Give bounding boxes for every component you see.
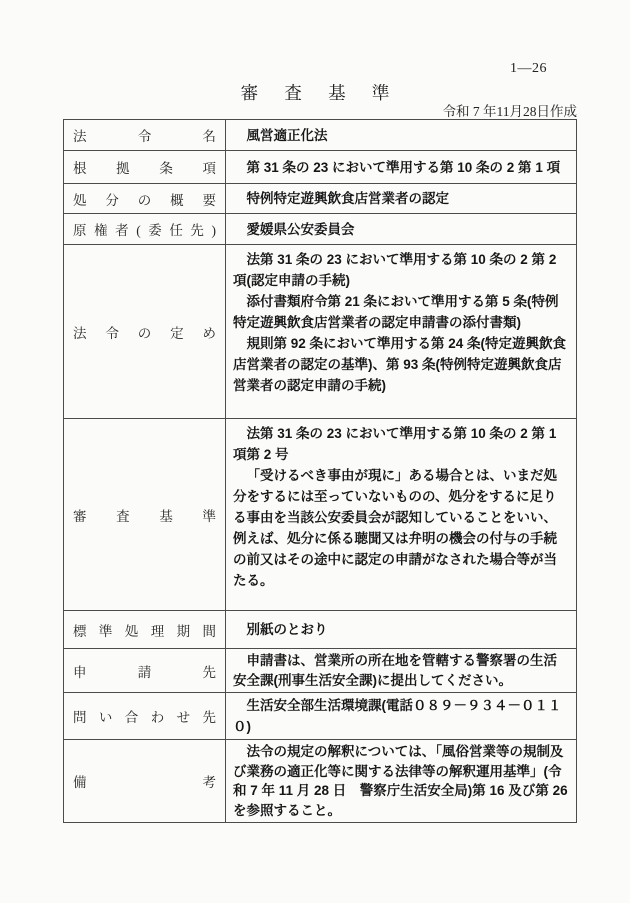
table-row: 根拠条項 第 31 条の 23 において準用する第 10 条の 2 第 1 項: [64, 151, 577, 184]
row-value-law-name: 風営適正化法: [226, 120, 577, 151]
row-label-law-name: 法令名: [64, 120, 226, 151]
original-authority-text: 愛媛県公安委員会: [233, 219, 569, 240]
document-page: 1—26 審査基準 令和 7 年11月28日作成 法令名 風営適正化法 根拠条項…: [0, 0, 630, 903]
row-label-contact: 問い合わせ先: [64, 693, 226, 740]
table-row: 標準処理期間 別紙のとおり: [64, 611, 577, 649]
table-row: 申請先 申請書は、営業所の所在地を管轄する警察署の生活安全課(刑事生活安全課)に…: [64, 649, 577, 693]
row-label-review-standards: 審査基準: [64, 419, 226, 611]
row-value-original-authority: 愛媛県公安委員会: [226, 214, 577, 245]
table-row: 問い合わせ先 生活安全部生活環境課(電話０８９－９３４－０１１０): [64, 693, 577, 740]
table-row: 法令の定め 法第 31 条の 23 において準用する第 10 条の 2 第 2 …: [64, 245, 577, 419]
basis-provision-text: 第 31 条の 23 において準用する第 10 条の 2 第 1 項: [233, 157, 569, 178]
legal-provisions-paragraph: 法第 31 条の 23 において準用する第 10 条の 2 第 2 項(認定申請…: [233, 249, 569, 291]
review-standards-table: 法令名 風営適正化法 根拠条項 第 31 条の 23 において準用する第 10 …: [63, 119, 577, 823]
application-destination-paragraph: 申請書は、営業所の所在地を管轄する警察署の生活安全課(刑事生活安全課)に提出して…: [233, 651, 569, 690]
row-value-disposition-summary: 特例特定遊興飲食店営業者の認定: [226, 184, 577, 214]
disposition-summary-text: 特例特定遊興飲食店営業者の認定: [233, 188, 569, 209]
row-label-standard-processing-period: 標準処理期間: [64, 611, 226, 649]
table-row: 処分の概要 特例特定遊興飲食店営業者の認定: [64, 184, 577, 214]
date-created-note: 令和 7 年11月28日作成: [443, 100, 578, 120]
table-row: 備考 法令の規定の解釈については、「風俗営業等の規制及び業務の適正化等に関する法…: [64, 740, 577, 823]
review-standards-paragraph: 「受けるべき事由が現に」ある場合とは、いまだ処分をするには至っていないものの、処…: [233, 465, 569, 591]
row-label-basis-provision: 根拠条項: [64, 151, 226, 184]
remarks-paragraph: 法令の規定の解釈については、「風俗営業等の規制及び業務の適正化等に関する法律等の…: [233, 742, 569, 820]
contact-text: 生活安全部生活環境課(電話０８９－９３４－０１１０): [233, 695, 569, 737]
row-label-remarks: 備考: [64, 740, 226, 823]
review-standards-paragraph: 法第 31 条の 23 において準用する第 10 条の 2 第 1 項第 2 号: [233, 423, 569, 465]
row-value-basis-provision: 第 31 条の 23 において準用する第 10 条の 2 第 1 項: [226, 151, 577, 184]
standard-processing-period-text: 別紙のとおり: [233, 619, 569, 640]
row-value-contact: 生活安全部生活環境課(電話０８９－９３４－０１１０): [226, 693, 577, 740]
row-label-application-destination: 申請先: [64, 649, 226, 693]
row-label-disposition-summary: 処分の概要: [64, 184, 226, 214]
row-value-application-destination: 申請書は、営業所の所在地を管轄する警察署の生活安全課(刑事生活安全課)に提出して…: [226, 649, 577, 693]
table-row: 法令名 風営適正化法: [64, 120, 577, 151]
row-label-legal-provisions: 法令の定め: [64, 245, 226, 419]
legal-provisions-paragraph: 添付書類府令第 21 条において準用する第 5 条(特例特定遊興飲食店営業者の認…: [233, 291, 569, 333]
row-label-original-authority: 原権者(委任先): [64, 214, 226, 245]
legal-provisions-paragraph: 規則第 92 条において準用する第 24 条(特定遊興飲食店営業者の認定の基準)…: [233, 333, 569, 396]
table-row: 原権者(委任先) 愛媛県公安委員会: [64, 214, 577, 245]
page-number: 1—26: [510, 61, 547, 77]
table-row: 審査基準 法第 31 条の 23 において準用する第 10 条の 2 第 1 項…: [64, 419, 577, 611]
row-value-remarks: 法令の規定の解釈については、「風俗営業等の規制及び業務の適正化等に関する法律等の…: [226, 740, 577, 823]
row-value-review-standards: 法第 31 条の 23 において準用する第 10 条の 2 第 1 項第 2 号…: [226, 419, 577, 611]
row-value-legal-provisions: 法第 31 条の 23 において準用する第 10 条の 2 第 2 項(認定申請…: [226, 245, 577, 419]
row-value-standard-processing-period: 別紙のとおり: [226, 611, 577, 649]
law-name-text: 風営適正化法: [233, 125, 569, 146]
